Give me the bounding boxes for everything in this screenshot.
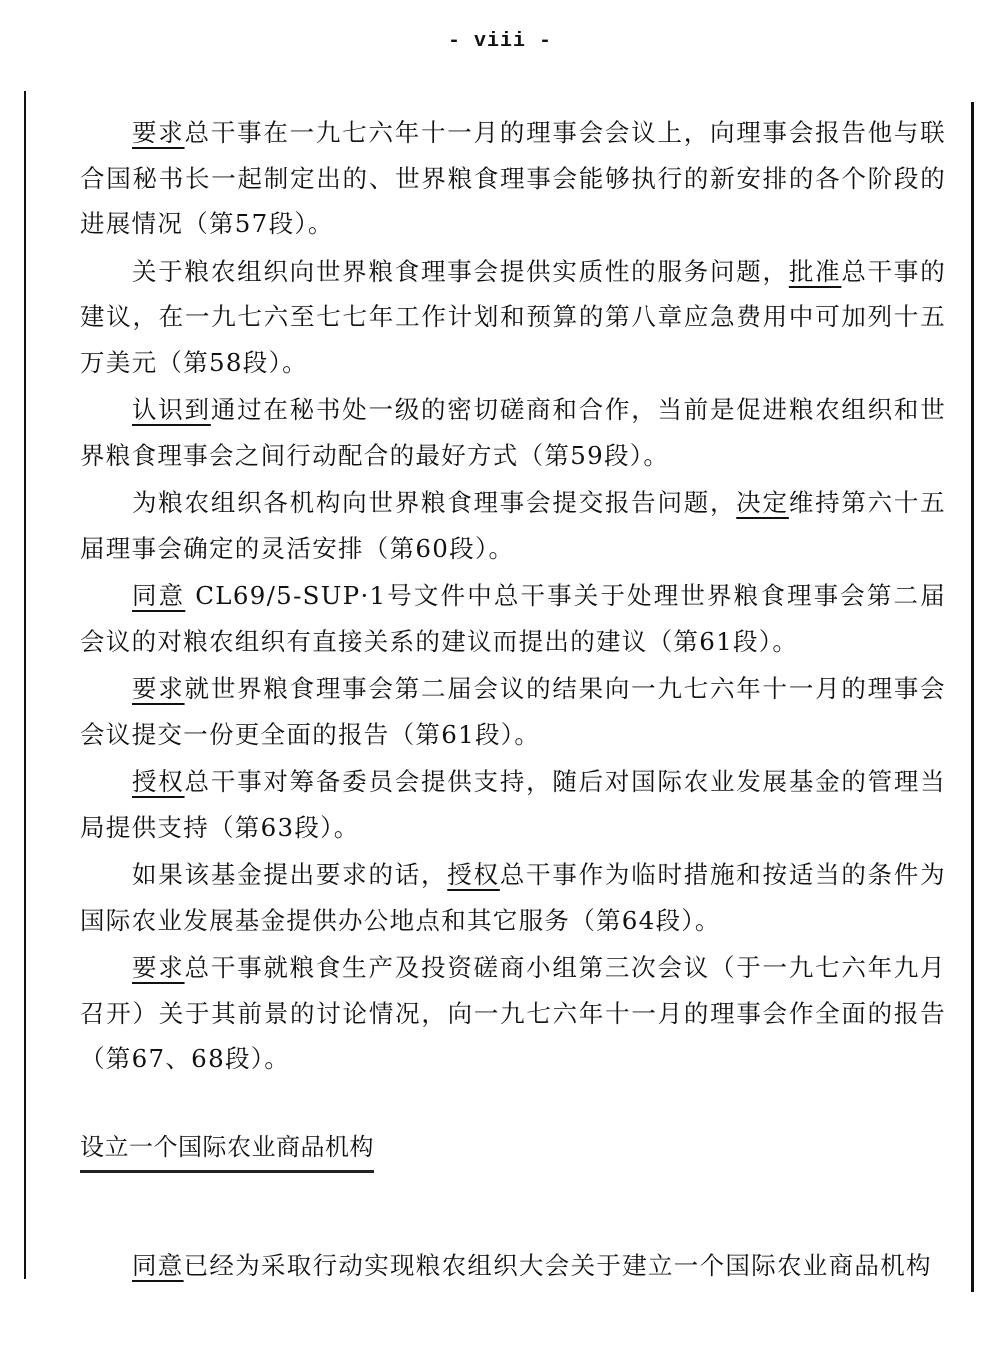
paragraph-prefix: 为粮农组织各机构向世界粮食理事会提交报告问题， (132, 488, 736, 517)
action-verb: 决定 (736, 488, 789, 517)
paragraph-58: 关于粮农组织向世界粮食理事会提供实质性的服务问题，批准总干事的建议，在一九七六至… (80, 249, 946, 386)
right-margin-bar (971, 102, 974, 1292)
paragraph-text: 总干事就粮食生产及投资磋商小组第三次会议（于一九七六年九月召开）关于其前景的讨论… (80, 953, 946, 1073)
paragraph-67-68: 要求总干事就粮食生产及投资磋商小组第三次会议（于一九七六年九月召开）关于其前景的… (80, 945, 946, 1082)
paragraph-text: 总干事对筹备委员会提供支持，随后对国际农业发展基金的管理当局提供支持（第63段）… (80, 767, 946, 842)
action-verb: 要求 (132, 953, 185, 982)
paragraph-text: 已经为采取行动实现粮农组织大会关于建立一个国际农业商品机构 (184, 1251, 932, 1280)
paragraph-63: 授权总干事对筹备委员会提供支持，随后对国际农业发展基金的管理当局提供支持（第63… (80, 759, 946, 850)
paragraph-61a: 同意 CL69/5-SUP·1号文件中总干事关于处理世界粮食理事会第二届会议的对… (80, 573, 946, 664)
paragraph-prefix: 如果该基金提出要求的话， (132, 860, 447, 889)
section-paragraph: 同意已经为采取行动实现粮农组织大会关于建立一个国际农业商品机构 (80, 1243, 946, 1288)
action-verb: 认识到 (132, 395, 211, 424)
paragraph-text: CL69/5-SUP·1号文件中总干事关于处理世界粮食理事会第二届会议的对粮农组… (80, 581, 946, 656)
action-verb: 要求 (132, 674, 185, 703)
section-heading: 设立一个国际农业商品机构 (80, 1127, 374, 1173)
paragraph-text: 就世界粮食理事会第二届会议的结果向一九七六年十一月的理事会会议提交一份更全面的报… (80, 674, 946, 749)
paragraph-59: 认识到通过在秘书处一级的密切磋商和合作，当前是促进粮农组织和世界粮食理事会之间行… (80, 387, 946, 478)
action-verb: 要求 (132, 118, 185, 147)
paragraph-prefix: 关于粮农组织向世界粮食理事会提供实质性的服务问题， (132, 257, 789, 286)
paragraph-57: 要求总干事在一九七六年十一月的理事会会议上，向理事会报告他与联合国秘书长一起制定… (80, 110, 946, 247)
action-verb: 授权 (132, 767, 185, 796)
paragraph-60: 为粮农组织各机构向世界粮食理事会提交报告问题，决定维持第六十五届理事会确定的灵活… (80, 480, 946, 571)
action-verb: 同意 (132, 1251, 184, 1280)
paragraph-text: 总干事在一九七六年十一月的理事会会议上，向理事会报告他与联合国秘书长一起制定出的… (80, 118, 946, 238)
paragraph-64: 如果该基金提出要求的话，授权总干事作为临时措施和按适当的条件为国际农业发展基金提… (80, 852, 946, 943)
left-margin-bar (24, 91, 26, 1279)
action-verb: 同意 (132, 581, 185, 610)
action-verb: 批准 (789, 257, 842, 286)
paragraph-61b: 要求就世界粮食理事会第二届会议的结果向一九七六年十一月的理事会会议提交一份更全面… (80, 666, 946, 757)
paragraph-text: 通过在秘书处一级的密切磋商和合作，当前是促进粮农组织和世界粮食理事会之间行动配合… (80, 395, 946, 470)
action-verb: 授权 (447, 860, 500, 889)
resolution-list: 要求总干事在一九七六年十一月的理事会会议上，向理事会报告他与联合国秘书长一起制定… (80, 110, 946, 1082)
page-number: - viii - (0, 30, 1000, 53)
